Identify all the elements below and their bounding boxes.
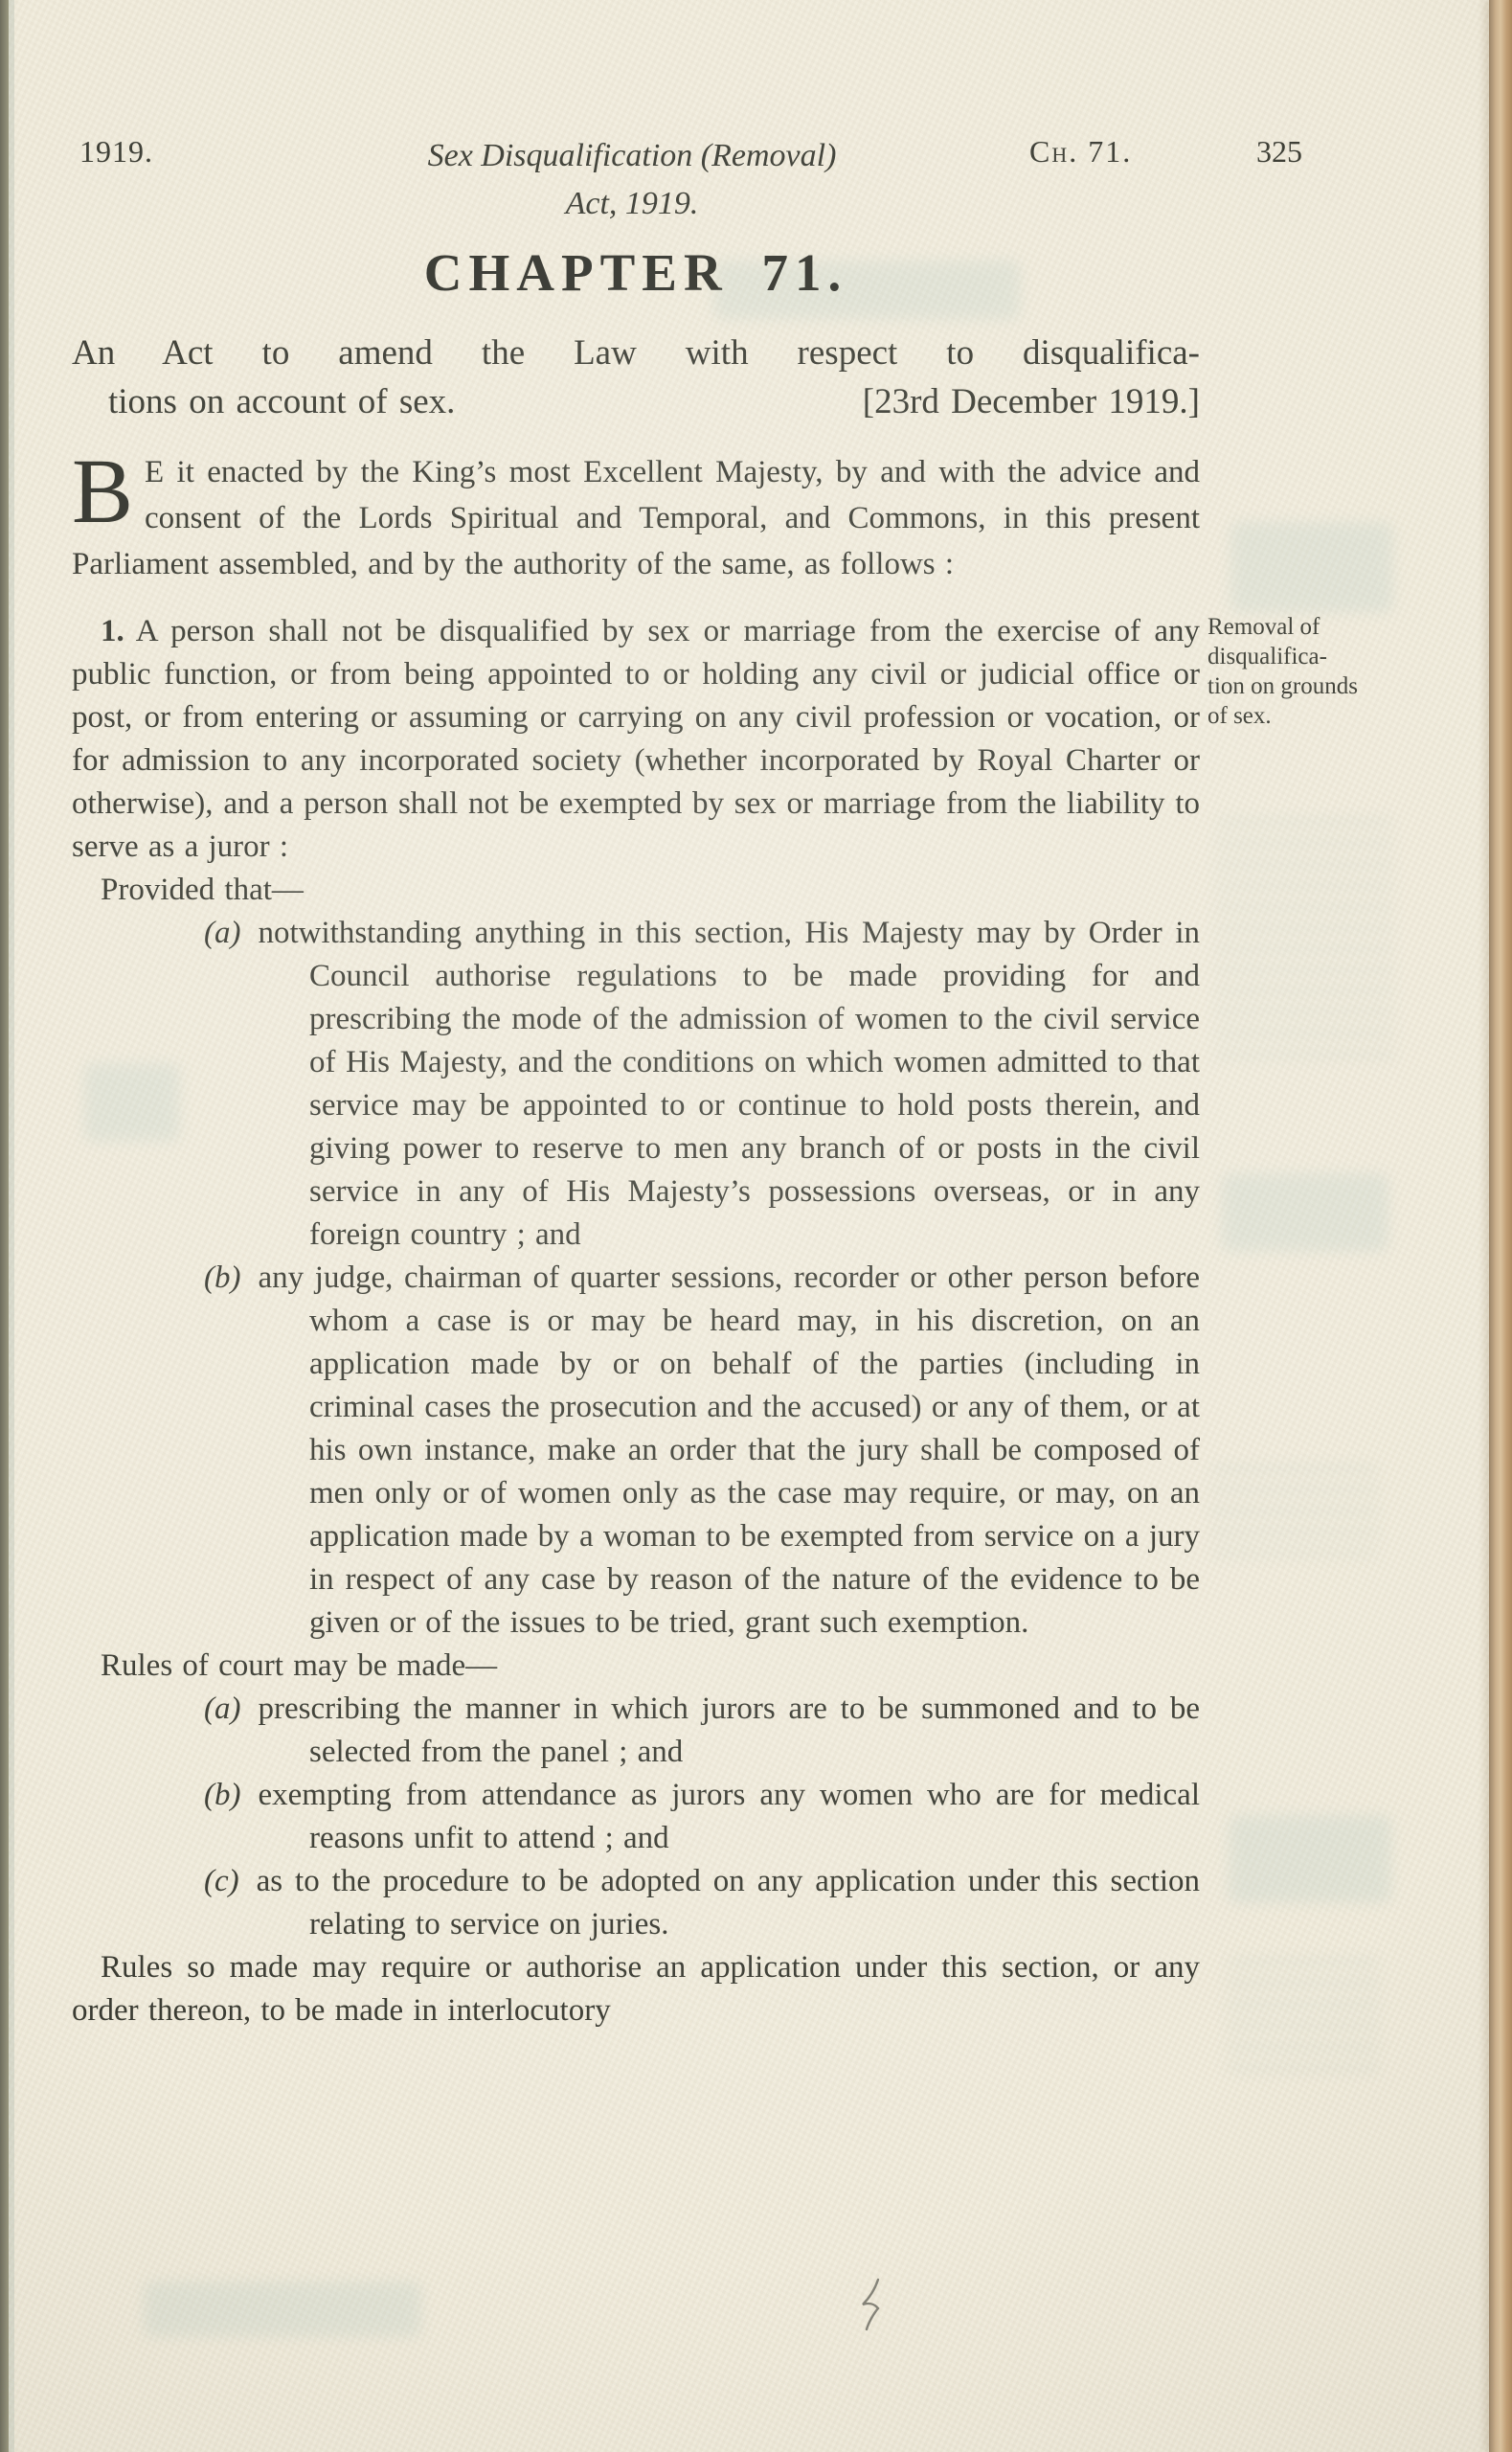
show-through-ghost xyxy=(1208,1465,1381,1556)
long-title-line1: An Act to amend the Law with respect to … xyxy=(72,329,1200,377)
enacting-clause: BE it enacted by the King’s most Excelle… xyxy=(72,449,1200,587)
long-title-line2: tions on account of sex. [23rd December … xyxy=(72,377,1200,426)
handwritten-mark xyxy=(855,2278,891,2331)
item-label: (a) xyxy=(204,1691,240,1726)
drop-cap: B xyxy=(72,449,145,530)
margin-note-line: disqualifica- xyxy=(1207,642,1428,671)
show-through-ghost xyxy=(144,2282,421,2337)
section-1: Removal of disqualifica- tion on grounds… xyxy=(72,610,1200,2032)
header-title-line2: Act, 1919. xyxy=(249,180,1015,228)
show-through-ghost xyxy=(1226,1959,1381,2076)
item-label: (c) xyxy=(204,1864,239,1898)
section-number: 1. xyxy=(101,614,124,648)
long-title-line2-text: tions on account of sex. xyxy=(108,377,455,426)
item-text: as to the procedure to be adopted on any… xyxy=(257,1864,1200,1941)
margin-note: Removal of disqualifica- tion on grounds… xyxy=(1207,612,1428,731)
margin-note-line: tion on grounds xyxy=(1207,671,1428,701)
header-year: 1919. xyxy=(79,134,153,170)
section-1-text: A person shall not be disqualified by se… xyxy=(72,614,1200,864)
header-title-line1: Sex Disqualification (Removal) xyxy=(249,132,1015,180)
long-title: An Act to amend the Law with respect to … xyxy=(72,329,1200,426)
closing-paragraph: Rules so made may require or authorise a… xyxy=(72,1946,1200,2032)
right-binding-edge xyxy=(1489,0,1512,2452)
proviso-item-a: (a)notwithstanding anything in this sect… xyxy=(72,912,1200,1257)
rules-item-b: (b)exempting from attendance as jurors a… xyxy=(72,1774,1200,1860)
item-label: (b) xyxy=(204,1778,240,1812)
item-label: (b) xyxy=(204,1260,240,1295)
enacting-clause-text: E it enacted by the King’s most Excellen… xyxy=(72,455,1200,581)
item-text: prescribing the manner in which jurors a… xyxy=(258,1691,1200,1769)
item-text: notwithstanding anything in this section… xyxy=(258,916,1200,1252)
rules-item-c: (c)as to the procedure to be adopted on … xyxy=(72,1860,1200,1946)
proviso-intro: Provided that— xyxy=(72,869,1200,912)
header-page-number: 325 xyxy=(1256,134,1302,170)
item-text: any judge, chairman of quarter sessions,… xyxy=(258,1260,1200,1640)
header-chapter-ref: Ch. 71. xyxy=(1029,134,1132,170)
show-through-ghost xyxy=(1230,522,1393,613)
item-label: (a) xyxy=(204,916,240,950)
show-through-ghost xyxy=(1214,819,1394,1070)
show-through-ghost xyxy=(1221,1173,1388,1252)
margin-note-line: Removal of xyxy=(1207,612,1428,642)
item-text: exempting from attendance as jurors any … xyxy=(258,1778,1200,1855)
show-through-ghost xyxy=(1229,1815,1391,1903)
left-page-edge xyxy=(0,0,9,2452)
margin-note-line: of sex. xyxy=(1207,701,1428,731)
rules-intro: Rules of court may be made— xyxy=(72,1645,1200,1688)
left-page-edge-highlight xyxy=(9,0,14,2452)
section-1-paragraph: 1.A person shall not be disqualified by … xyxy=(72,610,1200,869)
header-running-title: Sex Disqualification (Removal) Act, 1919… xyxy=(249,132,1015,228)
rules-item-a: (a)prescribing the manner in which juror… xyxy=(72,1688,1200,1774)
proviso-item-b: (b)any judge, chairman of quarter sessio… xyxy=(72,1257,1200,1645)
enactment-date: [23rd December 1919.] xyxy=(863,377,1200,426)
text-column: CHAPTER 71. An Act to amend the Law with… xyxy=(72,251,1200,2032)
chapter-heading: CHAPTER 71. xyxy=(72,251,1200,294)
scanned-statute-page: 1919. Sex Disqualification (Removal) Act… xyxy=(0,0,1512,2452)
